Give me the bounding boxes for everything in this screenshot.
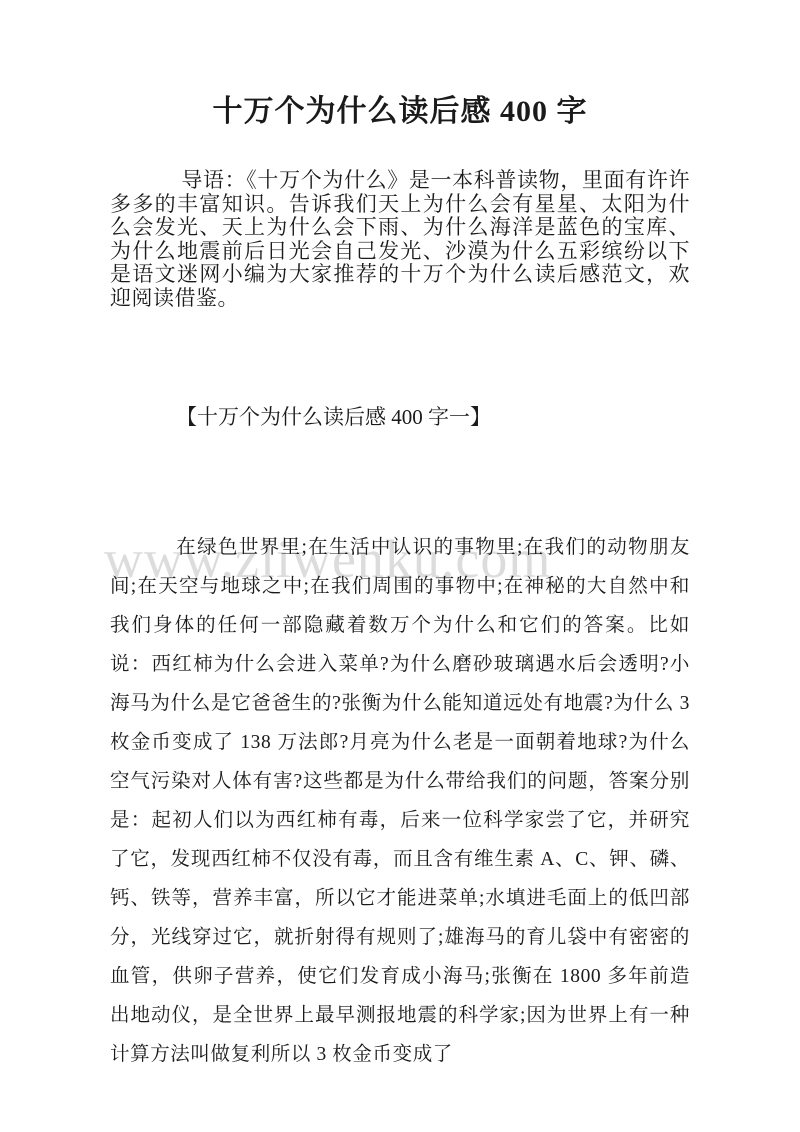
section-heading: 【十万个为什么读后感 400 字一】 — [110, 405, 690, 430]
intro-paragraph: 导语：《十万个为什么》是一本科普读物，里面有许许多多的丰富知识。告诉我们天上为什… — [110, 169, 690, 310]
body-paragraph: 在绿色世界里;在生活中认识的事物里;在我们的动物朋友间;在天空与地球之中;在我们… — [110, 528, 690, 1074]
document-title: 十万个为什么读后感 400 字 — [110, 92, 690, 131]
document-page: www.zliwenku.com 十万个为什么读后感 400 字 导语：《十万个… — [0, 0, 800, 1132]
document-content: 十万个为什么读后感 400 字 导语：《十万个为什么》是一本科普读物，里面有许许… — [0, 0, 800, 1074]
